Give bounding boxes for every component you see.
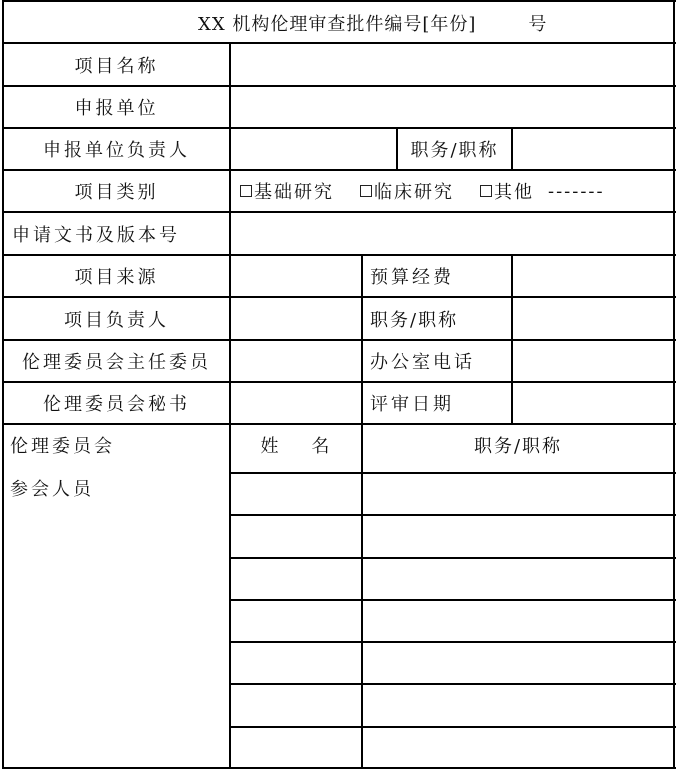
attendee-title-header: 职务/职称 xyxy=(363,425,673,465)
attendee-title-field[interactable] xyxy=(363,516,673,557)
attendee-name-field[interactable] xyxy=(231,516,361,557)
attendee-title-field[interactable] xyxy=(363,728,673,767)
attendee-name-field[interactable] xyxy=(231,643,361,683)
attendees-label-line2: 参会人员 xyxy=(10,475,94,501)
form-title-prefix: XX 机构伦理审查批件编号[年份] xyxy=(198,10,476,36)
application-docs-field[interactable] xyxy=(231,213,673,254)
project-source-label: 项目来源 xyxy=(4,256,229,296)
applicant-unit-label: 申报单位 xyxy=(4,87,229,127)
border-right xyxy=(673,0,675,769)
applicant-unit-field[interactable] xyxy=(231,87,673,127)
applicant-unit-head-label: 申报单位负责人 xyxy=(4,129,229,169)
form-title-suffix: 号 xyxy=(528,10,547,36)
attendees-label-line1: 伦理委员会 xyxy=(10,432,115,458)
project-name-field[interactable] xyxy=(231,44,673,85)
border-bottom xyxy=(2,767,676,769)
budget-field[interactable] xyxy=(513,256,673,296)
attendee-title-field[interactable] xyxy=(363,601,673,641)
category-option-other[interactable]: 其他 xyxy=(480,178,534,204)
committee-chair-label: 伦理委员会主任委员 xyxy=(4,341,229,381)
attendee-title-field[interactable] xyxy=(363,474,673,514)
category-option-label: 其他 xyxy=(494,178,534,204)
project-source-field[interactable] xyxy=(231,256,361,296)
other-category-blank[interactable]: ------- xyxy=(548,181,605,202)
attendee-name-field[interactable] xyxy=(231,559,361,599)
attendee-name-field[interactable] xyxy=(231,474,361,514)
committee-secretary-label: 伦理委员会秘书 xyxy=(4,383,229,423)
office-phone-label: 办公室电话 xyxy=(363,341,511,381)
project-leader-field[interactable] xyxy=(231,298,361,339)
form-title: XX 机构伦理审查批件编号[年份] 号 xyxy=(198,2,618,43)
committee-secretary-field[interactable] xyxy=(231,383,361,423)
attendee-title-field[interactable] xyxy=(363,559,673,599)
project-leader-label: 项目负责人 xyxy=(4,298,229,339)
application-docs-label: 申请文书及版本号 xyxy=(4,213,229,254)
attendee-name-field[interactable] xyxy=(231,685,361,726)
attendee-name-field[interactable] xyxy=(231,728,361,767)
category-option-label: 临床研究 xyxy=(374,178,454,204)
attendee-name-field[interactable] xyxy=(231,601,361,641)
category-option-basic-research[interactable]: 基础研究 xyxy=(240,178,334,204)
category-option-label: 基础研究 xyxy=(254,178,334,204)
attendee-name-header: 姓 名 xyxy=(231,425,361,465)
project-category-label: 项目类别 xyxy=(4,171,229,211)
ethics-approval-form: XX 机构伦理审查批件编号[年份] 号 项目名称 申报单位 申报单位负责人 职务… xyxy=(0,0,676,770)
attendee-title-field[interactable] xyxy=(363,685,673,726)
review-date-label: 评审日期 xyxy=(363,383,511,423)
applicant-unit-head-title-field[interactable] xyxy=(513,129,673,169)
project-name-label: 项目名称 xyxy=(4,44,229,85)
project-category-options: 基础研究 临床研究 其他 ------- xyxy=(240,171,673,211)
project-leader-title-label: 职务/职称 xyxy=(363,298,511,339)
project-leader-title-field[interactable] xyxy=(513,298,673,339)
checkbox-icon[interactable] xyxy=(480,185,492,197)
budget-label: 预算经费 xyxy=(363,256,511,296)
committee-chair-field[interactable] xyxy=(231,341,361,381)
attendee-title-field[interactable] xyxy=(363,643,673,683)
office-phone-field[interactable] xyxy=(513,341,673,381)
category-option-clinical-research[interactable]: 临床研究 xyxy=(360,178,454,204)
applicant-unit-head-field[interactable] xyxy=(231,129,396,169)
checkbox-icon[interactable] xyxy=(360,185,372,197)
applicant-unit-head-title-label: 职务/职称 xyxy=(398,129,511,169)
checkbox-icon[interactable] xyxy=(240,185,252,197)
review-date-field[interactable] xyxy=(513,383,673,423)
